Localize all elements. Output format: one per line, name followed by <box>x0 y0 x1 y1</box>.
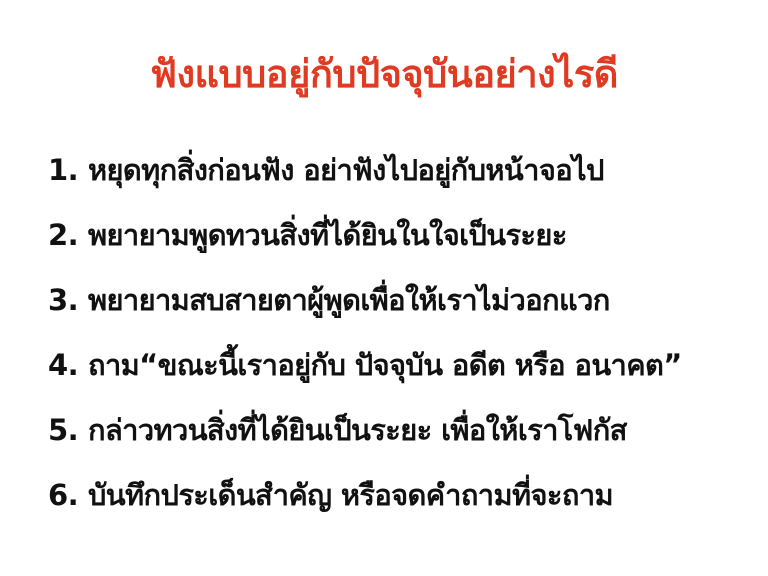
item-text: บันทึกประเด็นสำคัญ หรือจดคำถามที่จะถาม <box>88 478 613 512</box>
list-item: 1.หยุดทุกสิ่งก่อนฟัง อย่าฟังไปอยู่กับหน้… <box>48 142 682 207</box>
item-text: พยายามพูดทวนสิ่งที่ได้ยินในใจเป็นระยะ <box>88 218 567 252</box>
item-number: 4. <box>48 337 78 393</box>
list-item: 5.กล่าวทวนสิ่งที่ได้ยินเป็นระยะ เพื่อให้… <box>48 402 682 467</box>
item-text: กล่าวทวนสิ่งที่ได้ยินเป็นระยะ เพื่อให้เร… <box>88 413 627 447</box>
item-text: พยายามสบสายตาผู้พูดเพื่อให้เราไม่วอกแวก <box>88 283 610 317</box>
list-item: 2.พยายามพูดทวนสิ่งที่ได้ยินในใจเป็นระยะ <box>48 207 682 272</box>
tips-list: 1.หยุดทุกสิ่งก่อนฟัง อย่าฟังไปอยู่กับหน้… <box>48 142 682 532</box>
list-item: 6.บันทึกประเด็นสำคัญ หรือจดคำถามที่จะถาม <box>48 467 682 532</box>
item-number: 2. <box>48 207 78 263</box>
item-text: หยุดทุกสิ่งก่อนฟัง อย่าฟังไปอยู่กับหน้าจ… <box>88 153 604 187</box>
slide: ฟังแบบอยู่กับปัจจุบันอย่างไรดี 1.หยุดทุก… <box>0 0 768 576</box>
item-number: 5. <box>48 402 78 458</box>
item-number: 1. <box>48 142 78 198</box>
list-item: 4.ถาม“ขณะนี้เราอยู่กับ ปัจจุบัน อดีต หรื… <box>48 337 682 402</box>
list-item: 3.พยายามสบสายตาผู้พูดเพื่อให้เราไม่วอกแว… <box>48 272 682 337</box>
item-number: 3. <box>48 272 78 328</box>
item-text: ถาม“ขณะนี้เราอยู่กับ ปัจจุบัน อดีต หรือ … <box>88 348 682 382</box>
slide-title: ฟังแบบอยู่กับปัจจุบันอย่างไรดี <box>0 46 768 102</box>
item-number: 6. <box>48 467 78 523</box>
